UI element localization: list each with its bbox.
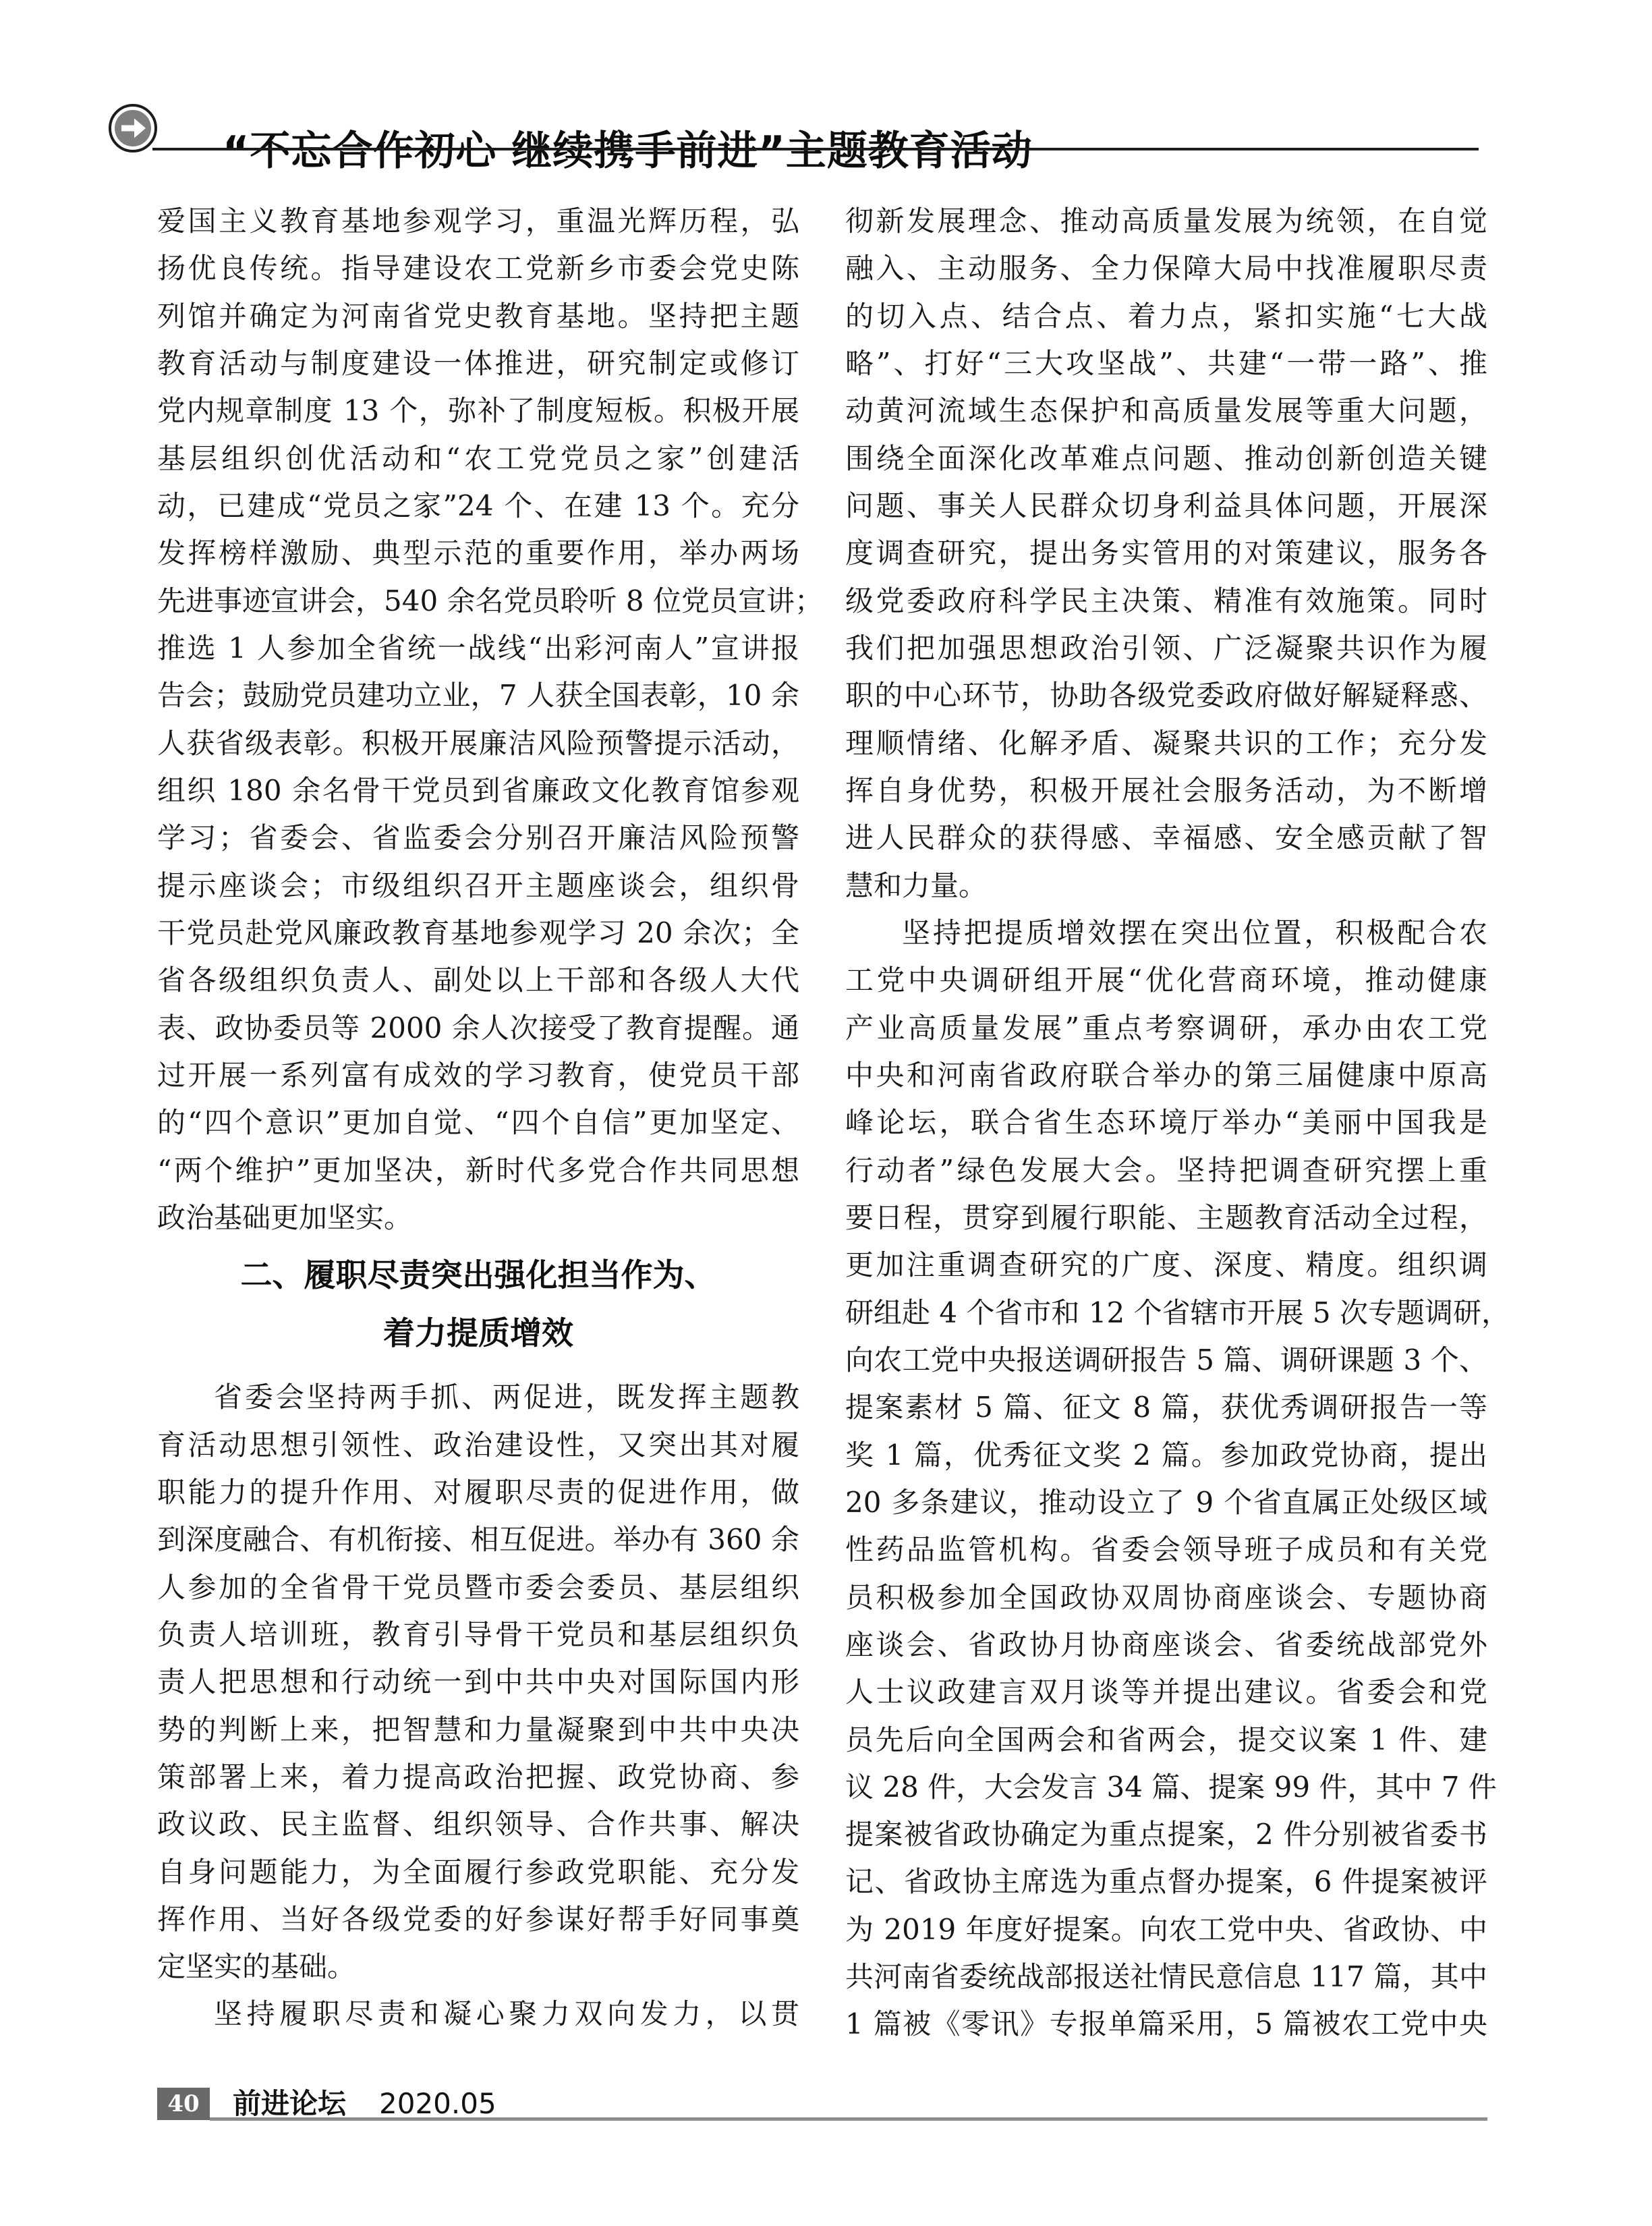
text-line: 彻新发展理念、推动高质量发展为统领，在自觉 <box>845 198 1487 245</box>
text-line: 更加注重调查研究的广度、深度、精度。组织调 <box>845 1242 1487 1289</box>
text-line: 进人民群众的获得感、幸福感、安全感贡献了智 <box>845 814 1487 862</box>
text-line: 推选 1 人参加全省统一战线“出彩河南人”宣讲报 <box>157 625 799 672</box>
text-line: 坚持把提质增效摆在突出位置，积极配合农 <box>845 910 1487 957</box>
page-number-badge: 40 <box>157 2088 210 2120</box>
page-title: “不忘合作初心 继续携手前进”主题教育活动 <box>223 126 1033 177</box>
text-line: 组织 180 余名骨干党员到省廉政文化教育馆参观 <box>157 767 799 814</box>
text-line: 教育活动与制度建设一体推进，研究制定或修订 <box>157 340 799 387</box>
text-line: 发挥榜样激励、典型示范的重要作用，举办两场 <box>157 530 799 577</box>
text-line: 理顺情绪、化解矛盾、凝聚共识的工作；充分发 <box>845 720 1487 767</box>
text-line: 奖 1 篇，优秀征文奖 2 篇。参加政党协商，提出 <box>845 1432 1487 1479</box>
text-line: 人参加的全省骨干党员暨市委会委员、基层组织 <box>157 1564 799 1611</box>
text-line: 提示座谈会；市级组织召开主题座谈会，组织骨 <box>157 862 799 910</box>
text-line: 人获省级表彰。积极开展廉洁风险预警提示活动， <box>157 720 799 767</box>
text-line: 人士议政建言双月谈等并提出建议。省委会和党 <box>845 1669 1487 1716</box>
text-line: 表、政协委员等 2000 余人次接受了教育提醒。通 <box>157 1005 799 1052</box>
text-line: 略”、打好“三大攻坚战”、共建“一带一路”、推 <box>845 340 1487 387</box>
text-line: 中央和河南省政府联合举办的第三届健康中原高 <box>845 1052 1487 1099</box>
text-line: 省委会坚持两手抓、两促进，既发挥主题教 <box>157 1374 799 1421</box>
text-line: 干党员赴党风廉政教育基地参观学习 20 余次；全 <box>157 910 799 957</box>
text-line: 爱国主义教育基地参观学习，重温光辉历程，弘 <box>157 198 799 245</box>
text-line: 告会；鼓励党员建功立业，7 人获全国表彰，10 余 <box>157 672 799 719</box>
text-line: 列馆并确定为河南省党史教育基地。坚持把主题 <box>157 293 799 340</box>
text-line: 研组赴 4 个省市和 12 个省辖市开展 5 次专题调研， <box>845 1289 1487 1337</box>
text-line: 员积极参加全国政协双周协商座谈会、专题协商 <box>845 1574 1487 1621</box>
text-line: 度调查研究，提出务实管用的对策建议，服务各 <box>845 530 1487 577</box>
text-line: 的切入点、结合点、着力点，紧扣实施“七大战 <box>845 293 1487 340</box>
text-line: 级党委政府科学民主决策、精准有效施策。同时 <box>845 578 1487 625</box>
text-line: 工党中央调研组开展“优化营商环境，推动健康 <box>845 957 1487 1004</box>
text-line: 过开展一系列富有成效的学习教育，使党员干部 <box>157 1052 799 1099</box>
text-line: 记、省政协主席选为重点督办提案，6 件提案被评 <box>845 1858 1487 1905</box>
text-line: 慧和力量。 <box>845 862 1487 910</box>
text-line: 围绕全面深化改革难点问题、推动创新创造关键 <box>845 435 1487 482</box>
text-line: 提案被省政协确定为重点提案，2 件分别被省委书 <box>845 1811 1487 1858</box>
text-line: 省各级组织负责人、副处以上干部和各级人大代 <box>157 957 799 1004</box>
text-line: 我们把加强思想政治引领、广泛凝聚共识作为履 <box>845 625 1487 672</box>
header-rule <box>152 148 1479 150</box>
magazine-page: “不忘合作初心 继续携手前进”主题教育活动 爱国主义教育基地参观学习，重温光辉历… <box>0 0 1652 2226</box>
text-line: 政议政、民主监督、组织领导、合作共事、解决 <box>157 1801 799 1848</box>
text-line: 座谈会、省政协月协商座谈会、省委统战部党外 <box>845 1621 1487 1669</box>
text-line: 基层组织创优活动和“农工党党员之家”创建活 <box>157 435 799 482</box>
text-line: 扬优良传统。指导建设农工党新乡市委会党史陈 <box>157 245 799 292</box>
text-line: 共河南省委统战部报送社情民意信息 117 篇，其中 <box>845 1953 1487 2001</box>
text-line: 议 28 件，大会发言 34 篇、提案 99 件，其中 7 件 <box>845 1764 1487 1811</box>
arrow-right-circle-icon <box>108 103 158 153</box>
footer-rule <box>210 2117 1487 2121</box>
text-line: 党内规章制度 13 个，弥补了制度短板。积极开展 <box>157 387 799 435</box>
text-line: 定坚实的基础。 <box>157 1943 799 1991</box>
text-line: 先进事迹宣讲会，540 余名党员聆听 8 位党员宣讲； <box>157 578 799 625</box>
text-line: 产业高质量发展”重点考察调研，承办由农工党 <box>845 1005 1487 1052</box>
text-line: 负责人培训班，教育引导骨干党员和基层组织负 <box>157 1611 799 1659</box>
text-line: 挥自身优势，积极开展社会服务活动，为不断增 <box>845 767 1487 814</box>
text-line: 到深度融合、有机衔接、相互促进。举办有 360 余 <box>157 1516 799 1563</box>
text-line: 员先后向全国两会和省两会，提交议案 1 件、建 <box>845 1717 1487 1764</box>
text-line: 政治基础更加坚实。 <box>157 1194 799 1242</box>
text-line: 自身问题能力，为全面履行参政党职能、充分发 <box>157 1849 799 1896</box>
column-left: 爱国主义教育基地参观学习，重温光辉历程，弘扬优良传统。指导建设农工党新乡市委会党… <box>157 198 799 2038</box>
section-heading-line: 着力提质增效 <box>157 1305 799 1363</box>
issue-number: 2020.05 <box>379 2088 496 2120</box>
text-line: 挥作用、当好各级党委的好参谋好帮手好同事奠 <box>157 1896 799 1943</box>
text-line: 坚持履职尽责和凝心聚力双向发力，以贯 <box>157 1991 799 2038</box>
text-line: 行动者”绿色发展大会。坚持把调查研究摆上重 <box>845 1147 1487 1194</box>
text-line: 学习；省委会、省监委会分别召开廉洁风险预警 <box>157 814 799 862</box>
text-line: 20 多条建议，推动设立了 9 个省直属正处级区域 <box>845 1479 1487 1526</box>
text-line: 1 篇被《零讯》专报单篇采用，5 篇被农工党中央 <box>845 2001 1487 2048</box>
text-line: 责人把思想和行动统一到中共中央对国际国内形 <box>157 1659 799 1706</box>
text-line: 融入、主动服务、全力保障大局中找准履职尽责 <box>845 245 1487 292</box>
text-line: 提案素材 5 篇、征文 8 篇，获优秀调研报告一等 <box>845 1384 1487 1431</box>
text-line: 势的判断上来，把智慧和力量凝聚到中共中央决 <box>157 1706 799 1754</box>
text-line: 的“四个意识”更加自觉、“四个自信”更加坚定、 <box>157 1099 799 1146</box>
text-line: 向农工党中央报送调研报告 5 篇、调研课题 3 个、 <box>845 1337 1487 1384</box>
text-line: 问题、事关人民群众切身利益具体问题，开展深 <box>845 482 1487 530</box>
text-line: 为 2019 年度好提案。向农工党中央、省政协、中 <box>845 1906 1487 1953</box>
text-line: 职能力的提升作用、对履职尽责的促进作用，做 <box>157 1469 799 1516</box>
text-line: 要日程，贯穿到履行职能、主题教育活动全过程， <box>845 1194 1487 1242</box>
text-line: 职的中心环节，协助各级党委政府做好解疑释惑、 <box>845 672 1487 719</box>
journal-title: 前进论坛 <box>233 2088 346 2120</box>
text-line: 策部署上来，着力提高政治把握、政党协商、参 <box>157 1754 799 1801</box>
text-line: “两个维护”更加坚决，新时代多党合作共同思想 <box>157 1147 799 1194</box>
text-line: 动黄河流域生态保护和高质量发展等重大问题， <box>845 387 1487 435</box>
text-line: 性药品监管机构。省委会领导班子成员和有关党 <box>845 1526 1487 1574</box>
text-line: 动，已建成“党员之家”24 个、在建 13 个。充分 <box>157 482 799 530</box>
text-line: 育活动思想引领性、政治建设性，又突出其对履 <box>157 1422 799 1469</box>
text-line: 峰论坛，联合省生态环境厅举办“美丽中国我是 <box>845 1099 1487 1146</box>
section-heading-line: 二、履职尽责突出强化担当作为、 <box>157 1247 799 1305</box>
column-right: 彻新发展理念、推动高质量发展为统领，在自觉融入、主动服务、全力保障大局中找准履职… <box>845 198 1487 2049</box>
